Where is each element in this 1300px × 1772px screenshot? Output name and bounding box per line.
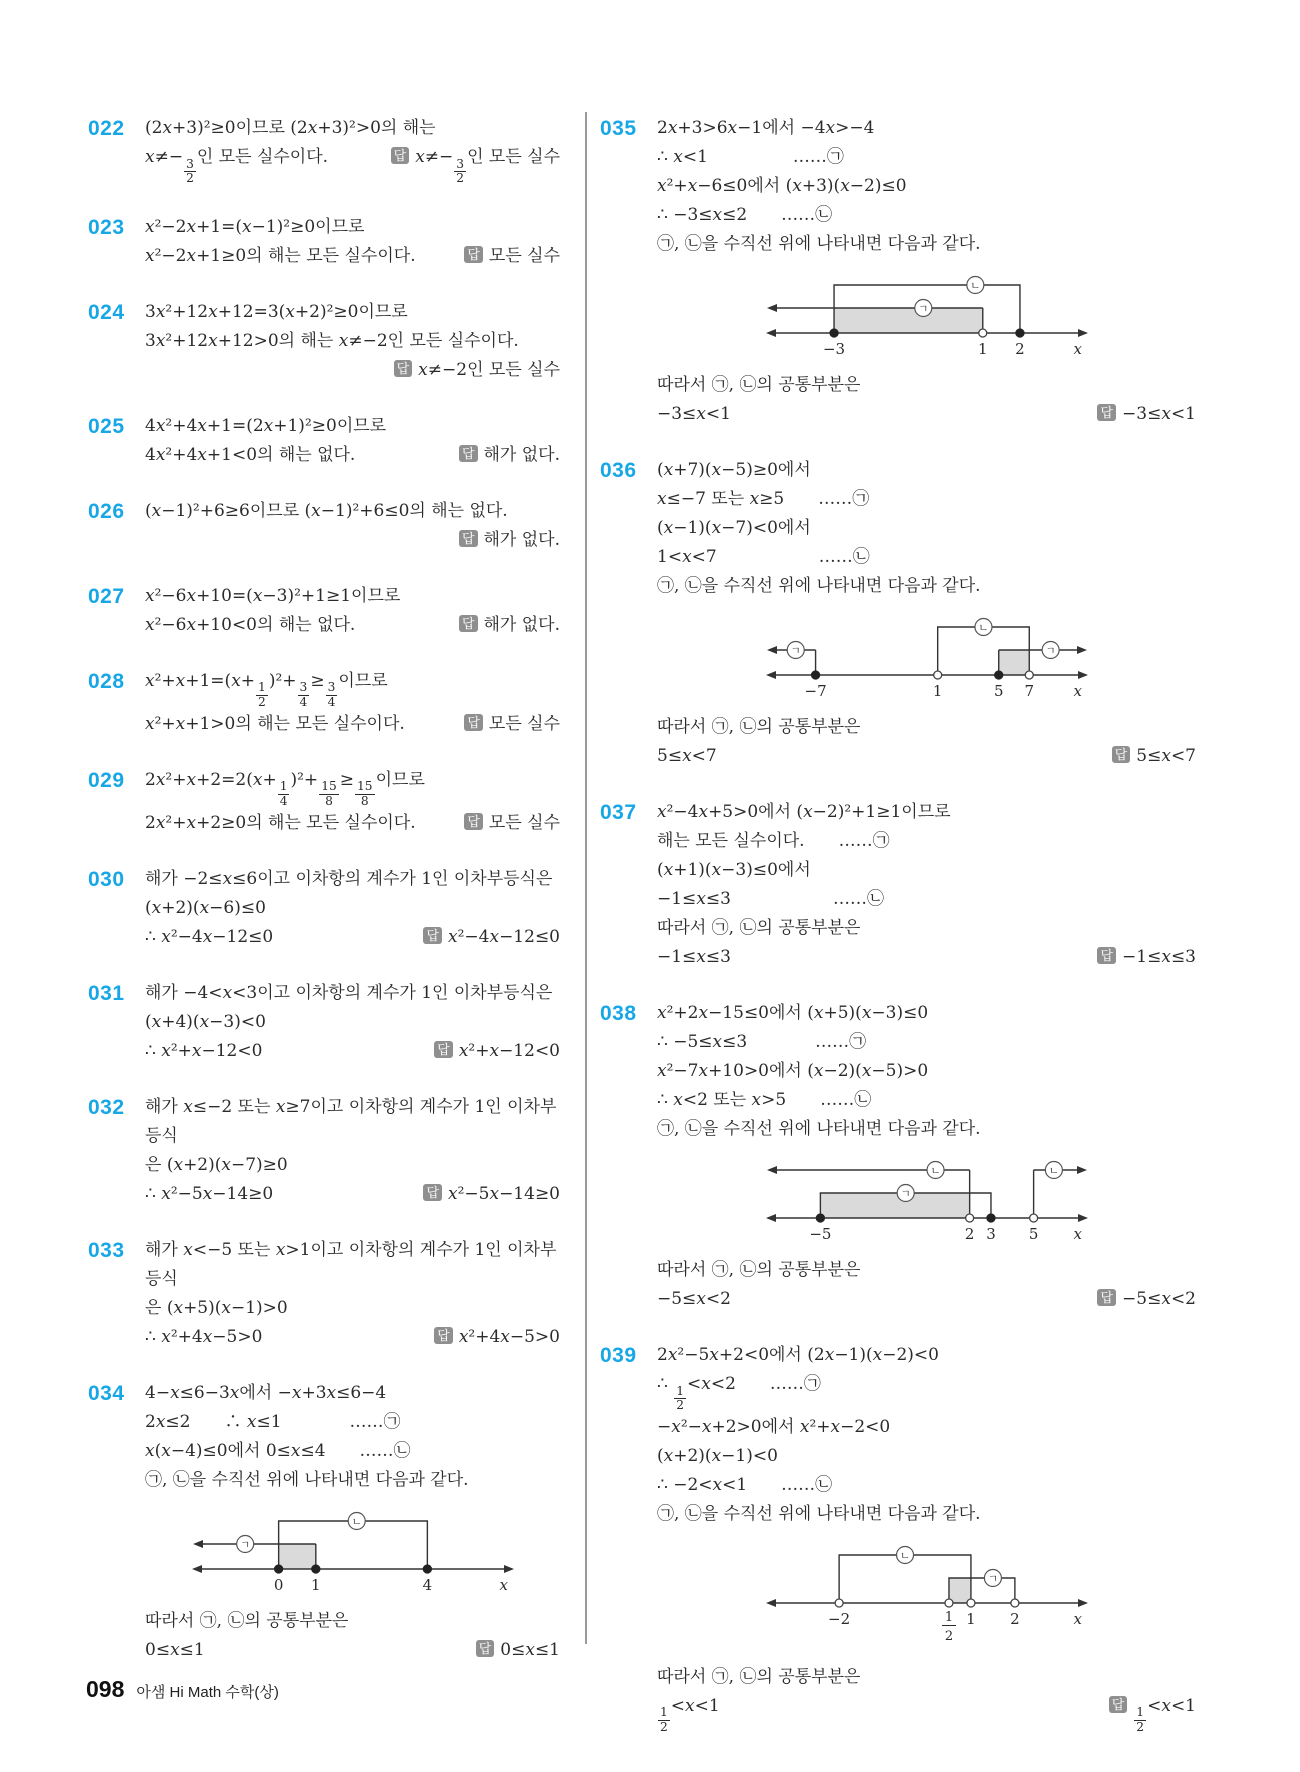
math-variable: x — [223, 869, 233, 889]
math-variable: x — [221, 1155, 231, 1175]
problem-solution: (x−1)²+6≥6이므로 (x−1)²+6≤0의 해는 없다.답해가 없다. — [145, 497, 560, 555]
solution-text: 따라서 ㉠, ㉡의 공통부분은 — [145, 1607, 348, 1636]
answer-badge: 답 — [1097, 1289, 1116, 1306]
interval-mark-rarrow: ㄴ — [1033, 1162, 1086, 1219]
closed-point — [311, 1565, 319, 1573]
solution-text: (x−1)(x−7)<0에서 — [657, 514, 811, 543]
solution-text: ∴ x<2 또는 x>5 ……㉡ — [657, 1086, 871, 1115]
fraction-denominator: 2 — [658, 1721, 670, 1735]
solution-text: 해가 x≤−2 또는 x≥7이고 이차항의 계수가 1인 이차부등식 — [145, 1093, 560, 1151]
math-variable: x — [156, 302, 166, 322]
problem-number: 022 — [88, 114, 145, 186]
math-variable: x — [186, 813, 196, 833]
solution-text: 해가 x<−5 또는 x>1이고 이차항의 계수가 1인 이차부등식 — [145, 1236, 560, 1294]
axis-left-arrow — [766, 671, 776, 679]
diagram-container: xㄱㄴㄱ−7157 — [657, 605, 1196, 707]
mark-left-arrowhead — [767, 304, 777, 312]
solution-line: 4x²+4x+1<0의 해는 없다.답해가 없다. — [145, 441, 560, 470]
solution-text: ∴ −3≤x≤2 ……㉡ — [657, 201, 832, 230]
mark-label-text: ㄱ — [918, 303, 928, 315]
tick-label: 3 — [986, 1225, 996, 1243]
math-variable: x — [183, 1240, 193, 1260]
axis-right-arrow — [1078, 1214, 1088, 1222]
solution-text: −1≤x≤3 ……㉡ — [657, 885, 884, 914]
problem-number: 037 — [600, 798, 657, 972]
math-variable: x — [448, 1184, 458, 1204]
axis-label: x — [499, 1576, 508, 1594]
problem-solution: x²−2x+1=(x−1)²≥0이므로x²−2x+1≥0의 해는 모든 실수이다… — [145, 213, 560, 271]
math-variable: x — [176, 714, 186, 734]
problem-number: 029 — [88, 766, 145, 838]
math-variable: x — [696, 947, 706, 967]
right-column: 0352x+3>6x−1에서 −4x>−4∴ x<1 ……㉠x²+x−6≤0에서… — [600, 114, 1196, 1762]
mark-left-arrowhead — [193, 1540, 203, 1548]
tick-label: 1 — [311, 1576, 321, 1594]
problem-solution: 2x²−5x+2<0에서 (2x−1)(x−2)<0∴ 12<x<2 ……㉠−x… — [657, 1341, 1196, 1735]
solution-text: x²−7x+10>0에서 (x−2)(x−5)>0 — [657, 1057, 928, 1086]
solution-line: (x+1)(x−3)≤0에서 — [657, 856, 1196, 885]
mark-label-text: ㄱ — [987, 1573, 997, 1585]
open-point — [966, 1599, 974, 1607]
problem-number: 024 — [88, 298, 145, 385]
answer-badge: 답 — [434, 1041, 453, 1058]
tick-fraction-numerator: 1 — [944, 1610, 952, 1625]
solution-line: 은 (x+5)(x−1)>0 — [145, 1294, 560, 1323]
math-variable: x — [192, 1041, 202, 1061]
number-line-diagram: xㄱㄴㄱ−7157 — [762, 605, 1092, 707]
math-variable: x — [709, 1345, 719, 1365]
math-variable: x — [688, 176, 698, 196]
math-variable: x — [664, 518, 674, 538]
math-variable: x — [208, 302, 218, 322]
fraction-denominator: 2 — [1134, 1721, 1146, 1735]
math-variable: x — [186, 217, 196, 237]
axis-right-arrow — [1078, 329, 1088, 337]
mark-label-text: ㄱ — [790, 645, 800, 657]
math-variable: x — [803, 802, 813, 822]
solution-text: (x+2)(x−6)≤0 — [145, 894, 266, 923]
math-fraction: 34 — [298, 681, 310, 709]
page-footer: 098 아샘 Hi Math 수학(상) — [86, 1676, 279, 1703]
left-column: 022(2x+3)²≥0이므로 (2x+3)²>0의 해는x≠−32인 모든 실… — [88, 114, 560, 1762]
fraction-denominator: 8 — [319, 795, 339, 809]
solution-text: x²−6x+10<0의 해는 없다. — [145, 611, 355, 640]
tick-label: 5 — [1028, 1225, 1038, 1243]
math-variable: x — [664, 860, 674, 880]
open-point — [933, 671, 941, 679]
solution-line: 해가 −2≤x≤6이고 이차항의 계수가 1인 이차부등식은 — [145, 865, 560, 894]
fraction-numerator: 1 — [1134, 1706, 1146, 1721]
fraction-denominator: 4 — [298, 696, 310, 710]
solution-text: 12<x<1 — [657, 1692, 720, 1735]
math-variable: x — [459, 1041, 469, 1061]
math-variable: x — [728, 118, 738, 138]
solution-line: x²−4x+5>0에서 (x−2)²+1≥1이므로 — [657, 798, 1196, 827]
problem-number: 038 — [600, 999, 657, 1314]
math-variable: x — [664, 460, 674, 480]
math-variable: x — [242, 217, 252, 237]
answer: 답해가 없다. — [459, 441, 560, 470]
problem-number: 030 — [88, 865, 145, 952]
solution-text: ㉠, ㉡을 수직선 위에 나타내면 다음과 같다. — [657, 572, 981, 601]
math-variable: x — [223, 983, 233, 1003]
solution-line: ∴ 12<x<2 ……㉠ — [657, 1370, 1196, 1413]
math-variable: x — [186, 615, 196, 635]
math-variable: x — [145, 714, 155, 734]
math-variable: x — [230, 1383, 240, 1403]
solution-line: 2x²−5x+2<0에서 (2x−1)(x−2)<0 — [657, 1341, 1196, 1370]
solution-text: 따라서 ㉠, ㉡의 공통부분은 — [657, 914, 860, 943]
fraction-denominator: 8 — [355, 795, 375, 809]
solution-text: ㉠, ㉡을 수직선 위에 나타내면 다음과 같다. — [657, 230, 981, 259]
problem-solution: 4−x≤6−3x에서 −x+3x≤6−42x≤2 ∴ x≤1 ……㉠x(x−4)… — [145, 1379, 560, 1665]
fraction-denominator: 4 — [326, 696, 338, 710]
math-variable: x — [873, 1345, 883, 1365]
closed-point — [274, 1565, 282, 1573]
solution-text: (2x+3)²≥0이므로 (2x+3)²>0의 해는 — [145, 114, 436, 143]
fraction-numerator: 1 — [658, 1706, 670, 1721]
math-variable: x — [308, 118, 318, 138]
math-variable: x — [203, 1184, 213, 1204]
problem-solution: x²−4x+5>0에서 (x−2)²+1≥1이므로해는 모든 실수이다. ……㉠… — [657, 798, 1196, 972]
page-body: 022(2x+3)²≥0이므로 (2x+3)²>0의 해는x≠−32인 모든 실… — [88, 114, 1196, 1762]
closed-point — [423, 1565, 431, 1573]
math-variable: x — [489, 1041, 499, 1061]
solution-line: ∴ −2<x<1 ……㉡ — [657, 1471, 1196, 1500]
tick-label: 2 — [964, 1225, 974, 1243]
answer-text: 모든 실수 — [489, 813, 560, 833]
math-variable: x — [685, 1696, 695, 1716]
math-variable: x — [183, 1097, 193, 1117]
answer: 답12<x<1 — [1109, 1692, 1196, 1735]
solution-line: −3≤x<1답−3≤x<1 — [657, 400, 1196, 429]
solution-text: x²+x+1>0의 해는 모든 실수이다. — [145, 710, 405, 739]
answer-text: −1≤x≤3 — [1122, 947, 1196, 967]
solution-text: x²−2x+1≥0의 해는 모든 실수이다. — [145, 242, 416, 271]
mark-right-arrowhead — [1077, 646, 1087, 654]
solution-line: ∴ −5≤x≤3 ……㉠ — [657, 1028, 1196, 1057]
mark-label-text: ㄴ — [970, 280, 980, 292]
math-variable: x — [162, 118, 172, 138]
axis-label: x — [1073, 1610, 1082, 1628]
answer-badge: 답 — [423, 927, 442, 944]
open-point — [978, 329, 986, 337]
math-variable: x — [713, 205, 723, 225]
math-variable: x — [682, 746, 692, 766]
answer: 답x²+x−12<0 — [434, 1037, 560, 1066]
solution-text: 2x²+x+2=2(x+14)²+158≥158이므로 — [145, 766, 425, 809]
math-variable: x — [673, 1090, 683, 1110]
solution-text: x²−6x+10=(x−3)²+1≥1이므로 — [145, 582, 400, 611]
solution-line: 2x≤2 ∴ x≤1 ……㉠ — [145, 1408, 560, 1437]
math-variable: x — [673, 147, 683, 167]
math-variable: x — [161, 1327, 171, 1347]
problem-solution: 3x²+12x+12=3(x+2)²≥0이므로3x²+12x+12>0의 해는 … — [145, 298, 560, 385]
solution-text: x²−4x+5>0에서 (x−2)²+1≥1이므로 — [657, 798, 951, 827]
shade-region — [278, 1544, 315, 1569]
math-fraction: 12 — [256, 681, 268, 709]
answer-badge: 답 — [464, 246, 483, 263]
math-variable: x — [339, 331, 349, 351]
closed-point — [986, 1214, 994, 1222]
answer-text: 0≤x≤1 — [500, 1640, 560, 1660]
problem-031: 031해가 −4<x<3이고 이차항의 계수가 1인 이차부등식은(x+4)(x… — [88, 979, 560, 1066]
problem-024: 0243x²+12x+12=3(x+2)²≥0이므로3x²+12x+12>0의 … — [88, 298, 560, 385]
solution-line: ∴ x²−5x−14≥0답x²−5x−14≥0 — [145, 1180, 560, 1209]
solution-line: ∴ x²+x−12<0답x²+x−12<0 — [145, 1037, 560, 1066]
math-variable: x — [713, 1032, 723, 1052]
answer-text: 12<x<1 — [1133, 1696, 1196, 1716]
math-variable: x — [489, 927, 499, 947]
solution-text: x≤−7 또는 x≥5 ……㉠ — [657, 485, 869, 514]
axis-label: x — [1073, 1225, 1082, 1243]
answer-badge: 답 — [391, 147, 410, 164]
problem-solution: 해가 x<−5 또는 x>1이고 이차항의 계수가 1인 이차부등식은 (x+5… — [145, 1236, 560, 1352]
solution-line: x²+x+1>0의 해는 모든 실수이다.답모든 실수 — [145, 710, 560, 739]
mark-left-arrowhead — [767, 1166, 777, 1174]
math-variable: x — [657, 489, 667, 509]
solution-line: ∴ x²−4x−12≤0답x²−4x−12≤0 — [145, 923, 560, 952]
math-variable: x — [826, 118, 836, 138]
axis-left-arrow — [766, 1214, 776, 1222]
answer-badge: 답 — [1097, 947, 1116, 964]
answer-text: x≠−32인 모든 실수 — [415, 147, 560, 167]
math-variable: x — [161, 927, 171, 947]
math-variable: x — [1161, 1696, 1171, 1716]
solution-line: (x+7)(x−5)≥0에서 — [657, 456, 1196, 485]
mark-left-arrowhead — [767, 646, 777, 654]
problem-solution: (x+7)(x−5)≥0에서x≤−7 또는 x≥5 ……㉠(x−1)(x−7)<… — [657, 456, 1196, 771]
fraction-denominator: 2 — [674, 1399, 686, 1413]
problem-solution: 4x²+4x+1=(2x+1)²≥0이므로4x²+4x+1<0의 해는 없다.답… — [145, 412, 560, 470]
solution-text: ∴ 12<x<2 ……㉠ — [657, 1370, 821, 1413]
fraction-numerator: 3 — [184, 158, 196, 173]
number-line-diagram: xㄴㄱ−21212 — [762, 1533, 1092, 1657]
math-variable: x — [500, 1327, 510, 1347]
math-fraction: 32 — [184, 158, 196, 186]
answer-text: 해가 없다. — [484, 615, 561, 635]
math-variable: x — [156, 445, 166, 465]
solution-line: x²+x+1=(x+12)²+34≥34이므로 — [145, 667, 560, 710]
solution-text: −3≤x<1 — [657, 400, 731, 429]
math-variable: x — [862, 1003, 872, 1023]
math-variable: x — [276, 1097, 286, 1117]
math-variable: x — [170, 1640, 180, 1660]
problem-026: 026(x−1)²+6≥6이므로 (x−1)²+6≤0의 해는 없다.답해가 없… — [88, 497, 560, 555]
math-variable: x — [668, 1345, 678, 1365]
solution-text: x≠−32인 모든 실수이다. — [145, 143, 328, 186]
solution-line: ㉠, ㉡을 수직선 위에 나타내면 다음과 같다. — [657, 230, 1196, 259]
math-variable: x — [459, 1327, 469, 1347]
problem-solution: 2x+3>6x−1에서 −4x>−4∴ x<1 ……㉠x²+x−6≤0에서 (x… — [657, 114, 1196, 429]
answer-text: 모든 실수 — [489, 246, 560, 266]
answer-text: x²+4x−5>0 — [459, 1327, 560, 1347]
problem-number: 032 — [88, 1093, 145, 1209]
math-fraction: 158 — [355, 780, 375, 808]
solution-line: (2x+3)²≥0이므로 (2x+3)²>0의 해는 — [145, 114, 560, 143]
diagram-container: xㄱㄴㄴ−5235 — [657, 1148, 1196, 1250]
math-variable: x — [696, 404, 706, 424]
math-variable: x — [713, 1475, 723, 1495]
solution-text: x(x−4)≤0에서 0≤x≤4 ……㉡ — [145, 1437, 411, 1466]
answer-badge: 답 — [1109, 1696, 1128, 1713]
answer-text: 해가 없다. — [484, 445, 561, 465]
math-variable: x — [253, 586, 263, 606]
fraction-numerator: 1 — [256, 681, 268, 696]
math-variable: x — [200, 1012, 210, 1032]
tick-label: −2 — [828, 1610, 850, 1628]
math-variable: x — [814, 1061, 824, 1081]
closed-point — [994, 671, 1002, 679]
solution-text: (x+7)(x−5)≥0에서 — [657, 456, 811, 485]
interval-mark-larrow: ㄱ — [767, 642, 816, 676]
solution-line: 해가 x≤−2 또는 x≥7이고 이차항의 계수가 1인 이차부등식 — [145, 1093, 560, 1151]
math-variable: x — [200, 898, 210, 918]
open-point — [1025, 671, 1033, 679]
problem-number: 026 — [88, 497, 145, 555]
math-fraction: 12 — [674, 1385, 686, 1413]
solution-text: (x−1)²+6≥6이므로 (x−1)²+6≤0의 해는 없다. — [145, 497, 508, 526]
math-variable: x — [702, 1417, 712, 1437]
axis-label: x — [1073, 340, 1082, 358]
math-variable: x — [276, 1240, 286, 1260]
math-variable: x — [311, 501, 321, 521]
math-variable: x — [197, 416, 207, 436]
problem-032: 032해가 x≤−2 또는 x≥7이고 이차항의 계수가 1인 이차부등식은 (… — [88, 1093, 560, 1209]
open-point — [1010, 1599, 1018, 1607]
problem-number: 039 — [600, 1341, 657, 1735]
math-variable: x — [203, 1327, 213, 1347]
answer-badge: 답 — [459, 445, 478, 462]
math-variable: x — [862, 1061, 872, 1081]
math-variable: x — [814, 1003, 824, 1023]
solution-text: 2x+3>6x−1에서 −4x>−4 — [657, 114, 874, 143]
solution-text: ∴ x<1 ……㉠ — [657, 143, 844, 172]
solution-text: −1≤x≤3 — [657, 943, 731, 972]
answer-badge: 답 — [1097, 404, 1116, 421]
solution-text: ∴ −2<x<1 ……㉡ — [657, 1471, 832, 1500]
closed-point — [1015, 329, 1023, 337]
tick-label: 4 — [422, 1576, 432, 1594]
math-variable: x — [152, 898, 162, 918]
answer: 답x²−5x−14≥0 — [423, 1180, 560, 1209]
tick-label: 7 — [1024, 682, 1034, 700]
math-variable: x — [145, 246, 155, 266]
problem-solution: 해가 x≤−2 또는 x≥7이고 이차항의 계수가 1인 이차부등식은 (x+2… — [145, 1093, 560, 1209]
answer: 답모든 실수 — [464, 242, 560, 271]
tick-label: 1 — [932, 682, 942, 700]
solution-text: 해는 모든 실수이다. ……㉠ — [657, 827, 890, 856]
answer-badge: 답 — [464, 813, 483, 830]
problem-022: 022(2x+3)²≥0이므로 (2x+3)²>0의 해는x≠−32인 모든 실… — [88, 114, 560, 186]
math-variable: x — [712, 518, 722, 538]
answer-badge: 답 — [459, 530, 478, 547]
solution-text: 2x²+x+2≥0의 해는 모든 실수이다. — [145, 809, 416, 838]
answer: 답x²−4x−12≤0 — [423, 923, 560, 952]
math-variable: x — [156, 416, 166, 436]
solution-line: x²−2x+1≥0의 해는 모든 실수이다.답모든 실수 — [145, 242, 560, 271]
answer-text: 해가 없다. — [484, 530, 561, 550]
math-variable: x — [247, 1412, 257, 1432]
math-variable: x — [750, 489, 760, 509]
problem-solution: (2x+3)²≥0이므로 (2x+3)²>0의 해는x≠−32인 모든 실수이다… — [145, 114, 560, 186]
solution-line: 4−x≤6−3x에서 −x+3x≤6−4 — [145, 1379, 560, 1408]
tick-label: 2 — [1010, 1610, 1020, 1628]
solution-line: 따라서 ㉠, ㉡의 공통부분은 — [657, 713, 1196, 742]
solution-line: 3x²+12x+12=3(x+2)²≥0이므로 — [145, 298, 560, 327]
answer-text: x²−5x−14≥0 — [448, 1184, 560, 1204]
math-fraction: 32 — [454, 158, 466, 186]
answer-badge: 답 — [434, 1327, 453, 1344]
math-variable: x — [145, 217, 155, 237]
problem-number: 036 — [600, 456, 657, 771]
fraction-denominator: 2 — [454, 172, 466, 186]
open-point — [1029, 1214, 1037, 1222]
mark-label-text: ㄴ — [978, 622, 988, 634]
solution-line: −1≤x≤3 ……㉡ — [657, 885, 1196, 914]
solution-text: 해가 −4<x<3이고 이차항의 계수가 1인 이차부등식은 — [145, 979, 552, 1008]
tick-label: 5 — [993, 682, 1003, 700]
solution-line: (x+4)(x−3)<0 — [145, 1008, 560, 1037]
fraction-denominator: 2 — [184, 172, 196, 186]
math-variable: x — [657, 1003, 667, 1023]
math-variable: x — [170, 1383, 180, 1403]
answer-badge: 답 — [394, 360, 413, 377]
math-variable: x — [156, 813, 166, 833]
fraction-numerator: 1 — [674, 1385, 686, 1400]
mark-label-text: ㄴ — [930, 1165, 940, 1177]
tick-fraction-denominator: 2 — [944, 1629, 952, 1644]
fraction-denominator: 4 — [278, 795, 290, 809]
tick-label: 1 — [966, 1610, 976, 1628]
solution-text: 따라서 ㉠, ㉡의 공통부분은 — [657, 371, 860, 400]
solution-line: x²−2x+1=(x−1)²≥0이므로 — [145, 213, 560, 242]
solution-text: ∴ x²−5x−14≥0 — [145, 1180, 273, 1209]
math-variable: x — [221, 1298, 231, 1318]
diagram-container: xㄴㄱ−21212 — [657, 1533, 1196, 1657]
solution-line: 4x²+4x+1=(2x+1)²≥0이므로 — [145, 412, 560, 441]
math-variable: x — [285, 302, 295, 322]
answer-text: 5≤x<7 — [1136, 746, 1196, 766]
tick-label: 0 — [273, 1576, 283, 1594]
solution-line: 2x+3>6x−1에서 −4x>−4 — [657, 114, 1196, 143]
axis-left-arrow — [766, 329, 776, 337]
mark-label-text: ㄱ — [1045, 645, 1055, 657]
solution-line: −1≤x≤3답−1≤x≤3 — [657, 943, 1196, 972]
closed-point — [811, 671, 819, 679]
book-title: 아샘 Hi Math 수학(상) — [136, 1681, 278, 1702]
math-variable: x — [253, 770, 263, 790]
problem-027: 027x²−6x+10=(x−3)²+1≥1이므로x²−6x+10<0의 해는 … — [88, 582, 560, 640]
solution-line: 5≤x<7답5≤x<7 — [657, 742, 1196, 771]
math-variable: x — [712, 1446, 722, 1466]
answer: 답x²+4x−5>0 — [434, 1323, 560, 1352]
math-variable: x — [1161, 746, 1171, 766]
problem-number: 028 — [88, 667, 145, 739]
solution-text: −x²−x+2>0에서 x²+x−2<0 — [657, 1413, 890, 1442]
solution-text: −5≤x<2 — [657, 1285, 731, 1314]
solution-text: 5≤x<7 — [657, 742, 717, 771]
math-variable: x — [698, 1061, 708, 1081]
math-variable: x — [800, 1417, 810, 1437]
math-variable: x — [664, 1446, 674, 1466]
number-line-diagram: xㄴㄱ014 — [188, 1499, 518, 1601]
problem-034: 0344−x≤6−3x에서 −x+3x≤6−42x≤2 ∴ x≤1 ……㉠x(x… — [88, 1379, 560, 1665]
solution-text: 4−x≤6−3x에서 −x+3x≤6−4 — [145, 1379, 386, 1408]
solution-line: −5≤x<2답−5≤x<2 — [657, 1285, 1196, 1314]
shade-region — [998, 650, 1029, 675]
solution-line: x(x−4)≤0에서 0≤x≤4 ……㉡ — [145, 1437, 560, 1466]
